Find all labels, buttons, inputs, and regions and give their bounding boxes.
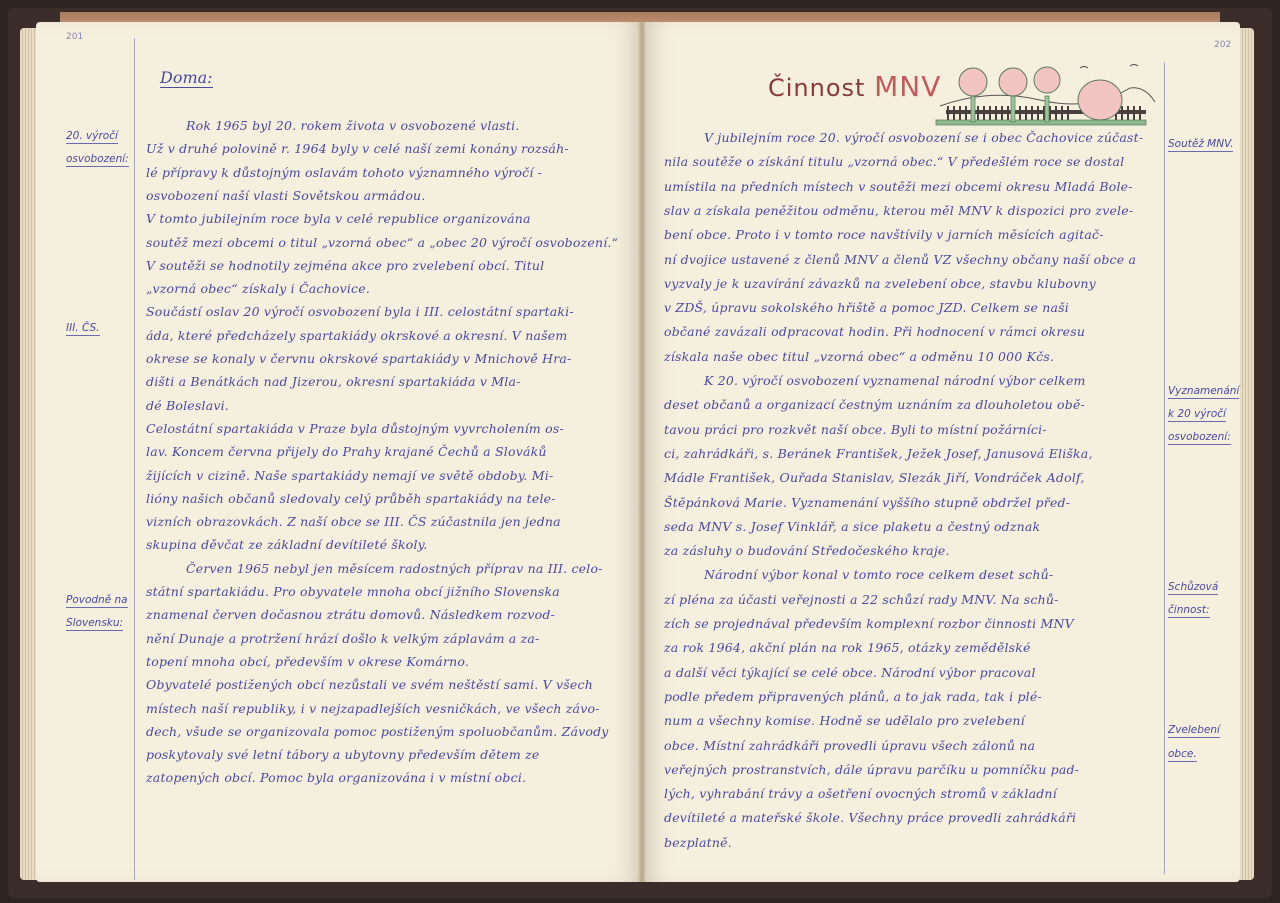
- handwritten-line: zatopených obcí. Pomoc byla organizována…: [146, 770, 526, 785]
- handwritten-line: a další věci týkající se celé obce. Náro…: [664, 665, 1036, 680]
- handwritten-line: Štěpánková Marie. Vyznamenání vyššího st…: [664, 495, 1070, 510]
- handwritten-line: devítileté a mateřské škole. Všechny prá…: [664, 810, 1076, 825]
- margin-rule: [134, 38, 135, 880]
- handwritten-line: za zásluhy o budování Středočeského kraj…: [664, 543, 950, 558]
- handwritten-line: seda MNV s. Josef Vinklář, a sice plaket…: [664, 519, 1040, 534]
- margin-note: Vyznamenání: [1168, 385, 1239, 399]
- handwritten-line: nění Dunaje a protržení hrází došlo k ve…: [146, 631, 539, 646]
- handwritten-line: Mádle František, Ouřada Stanislav, Slezá…: [664, 470, 1085, 485]
- handwritten-line: obce. Místní zahrádkáři provedli úpravu …: [664, 738, 1035, 753]
- handwritten-line: lav. Koncem června přijely do Prahy kraj…: [146, 444, 547, 459]
- handwritten-line: Rok 1965 byl 20. rokem života v osvoboze…: [186, 118, 520, 133]
- handwritten-line: topení mnoha obcí, především v okrese Ko…: [146, 654, 469, 669]
- handwritten-line: V jubilejním roce 20. výročí osvobození …: [704, 130, 1143, 145]
- margin-note: k 20 výročí: [1168, 408, 1226, 422]
- handwritten-line: skupina děvčat ze základní devítileté šk…: [146, 537, 427, 552]
- margin-note: III. ČS.: [66, 322, 100, 336]
- handwritten-line: ci, zahrádkáři, s. Beránek František, Je…: [664, 446, 1093, 461]
- margin-note: činnost:: [1168, 604, 1210, 618]
- handwritten-line: lých, vyhrabání trávy a ošetření ovocnýc…: [664, 786, 1057, 801]
- margin-note: osvobození:: [66, 153, 129, 167]
- handwritten-line: vyzvaly je k uzavírání závazků na zveleb…: [664, 276, 1096, 291]
- handwritten-line: za rok 1964, akční plán na rok 1965, otá…: [664, 640, 1031, 655]
- book-gutter: [638, 22, 646, 882]
- page-title: Činnost MNV: [768, 70, 941, 103]
- handwritten-line: získala naše obec titul „vzorná obec“ a …: [664, 349, 1054, 364]
- handwritten-line: num a všechny komise. Hodně se udělalo p…: [664, 713, 1025, 728]
- handwritten-line: soutěž mezi obcemi o titul „vzorná obec“…: [146, 235, 618, 250]
- handwritten-line: Obyvatelé postižených obcí nezůstali ve …: [146, 677, 593, 692]
- margin-note: Slovensku:: [66, 617, 123, 631]
- handwritten-line: áda, které předcházely spartakiády okrsk…: [146, 328, 567, 343]
- handwritten-line: vizních obrazovkách. Z naší obce se III.…: [146, 514, 561, 529]
- title-prefix: Činnost: [768, 74, 865, 102]
- margin-note: Zvelebení: [1168, 724, 1220, 738]
- handwritten-line: občané zavázali odpracovat hodin. Při ho…: [664, 324, 1085, 339]
- right-page-number: 202: [1214, 40, 1231, 50]
- handwritten-line: znamenal červen dočasnou ztrátu domovů. …: [146, 607, 555, 622]
- handwritten-line: poskytovaly své letní tábory a ubytovny …: [146, 747, 540, 762]
- handwritten-line: deset občanů a organizací čestným uznání…: [664, 397, 1085, 412]
- margin-note: Schůzová: [1168, 581, 1218, 595]
- margin-note: Povodně na: [66, 594, 128, 608]
- handwritten-line: místech naší republiky, i v nejzapadlejš…: [146, 701, 600, 716]
- handwritten-line: veřejných prostranstvích, dále úpravu pa…: [664, 762, 1079, 777]
- handwritten-line: nila soutěže o získání titulu „vzorná ob…: [664, 154, 1124, 169]
- handwritten-line: podle předem připravených plánů, a to ja…: [664, 689, 1042, 704]
- margin-note: obce.: [1168, 748, 1197, 762]
- handwritten-line: slav a získala peněžitou odměnu, kterou …: [664, 203, 1133, 218]
- left-page-number: 201: [66, 32, 83, 42]
- handwritten-line: dech, všude se organizovala pomoc postiž…: [146, 724, 609, 739]
- handwritten-line: žijících v cizině. Naše spartakiády nema…: [146, 468, 553, 483]
- handwritten-line: Už v druhé polovině r. 1964 byly v celé …: [146, 141, 569, 156]
- handwritten-line: umístila na předních místech v soutěži m…: [664, 179, 1133, 194]
- handwritten-line: „vzorná obec“ získaly i Čachovice.: [146, 281, 370, 296]
- handwritten-line: V tomto jubilejním roce byla v celé repu…: [146, 211, 531, 226]
- handwritten-line: lióny našich občanů sledovaly celý průbě…: [146, 491, 556, 506]
- margin-note: Soutěž MNV.: [1168, 138, 1233, 152]
- handwritten-line: osvobození naší vlasti Sovětskou armádou…: [146, 188, 425, 203]
- handwritten-line: Součástí oslav 20 výročí osvobození byla…: [146, 304, 574, 319]
- handwritten-line: Červen 1965 nebyl jen měsícem radostných…: [186, 561, 603, 576]
- trees-and-fence-drawing-icon: [930, 58, 1170, 133]
- handwritten-line: bení obce. Proto i v tomto roce navštívi…: [664, 227, 1104, 242]
- handwritten-line: Celostátní spartakiáda v Praze byla důst…: [146, 421, 564, 436]
- handwritten-line: dišti a Benátkách nad Jizerou, okresní s…: [146, 374, 521, 389]
- section-heading: Doma:: [160, 68, 213, 88]
- handwritten-line: státní spartakiádu. Pro obyvatele mnoha …: [146, 584, 560, 599]
- margin-note: 20. výročí: [66, 130, 118, 144]
- handwritten-line: zích se projednával především komplexní …: [664, 616, 1074, 631]
- handwritten-line: bezplatně.: [664, 835, 732, 850]
- handwritten-line: ní dvojice ustavené z členů MNV a členů …: [664, 252, 1136, 267]
- handwritten-line: okrese se konaly v červnu okrskové spart…: [146, 351, 571, 366]
- margin-rule: [1164, 62, 1165, 874]
- handwritten-line: V soutěži se hodnotily zejména akce pro …: [146, 258, 544, 273]
- handwritten-line: zí pléna za účasti veřejnosti a 22 schůz…: [664, 592, 1059, 607]
- handwritten-line: Národní výbor konal v tomto roce celkem …: [704, 567, 1053, 582]
- handwritten-line: tavou práci pro rozkvět naší obce. Byli …: [664, 422, 1047, 437]
- handwritten-line: dé Boleslavi.: [146, 398, 229, 413]
- handwritten-line: K 20. výročí osvobození vyznamenal národ…: [704, 373, 1086, 388]
- handwritten-line: lé přípravy k důstojným oslavám tohoto v…: [146, 165, 542, 180]
- handwritten-line: v ZDŠ, úpravu sokolského hřiště a pomoc …: [664, 300, 1069, 315]
- margin-note: osvobození:: [1168, 431, 1231, 445]
